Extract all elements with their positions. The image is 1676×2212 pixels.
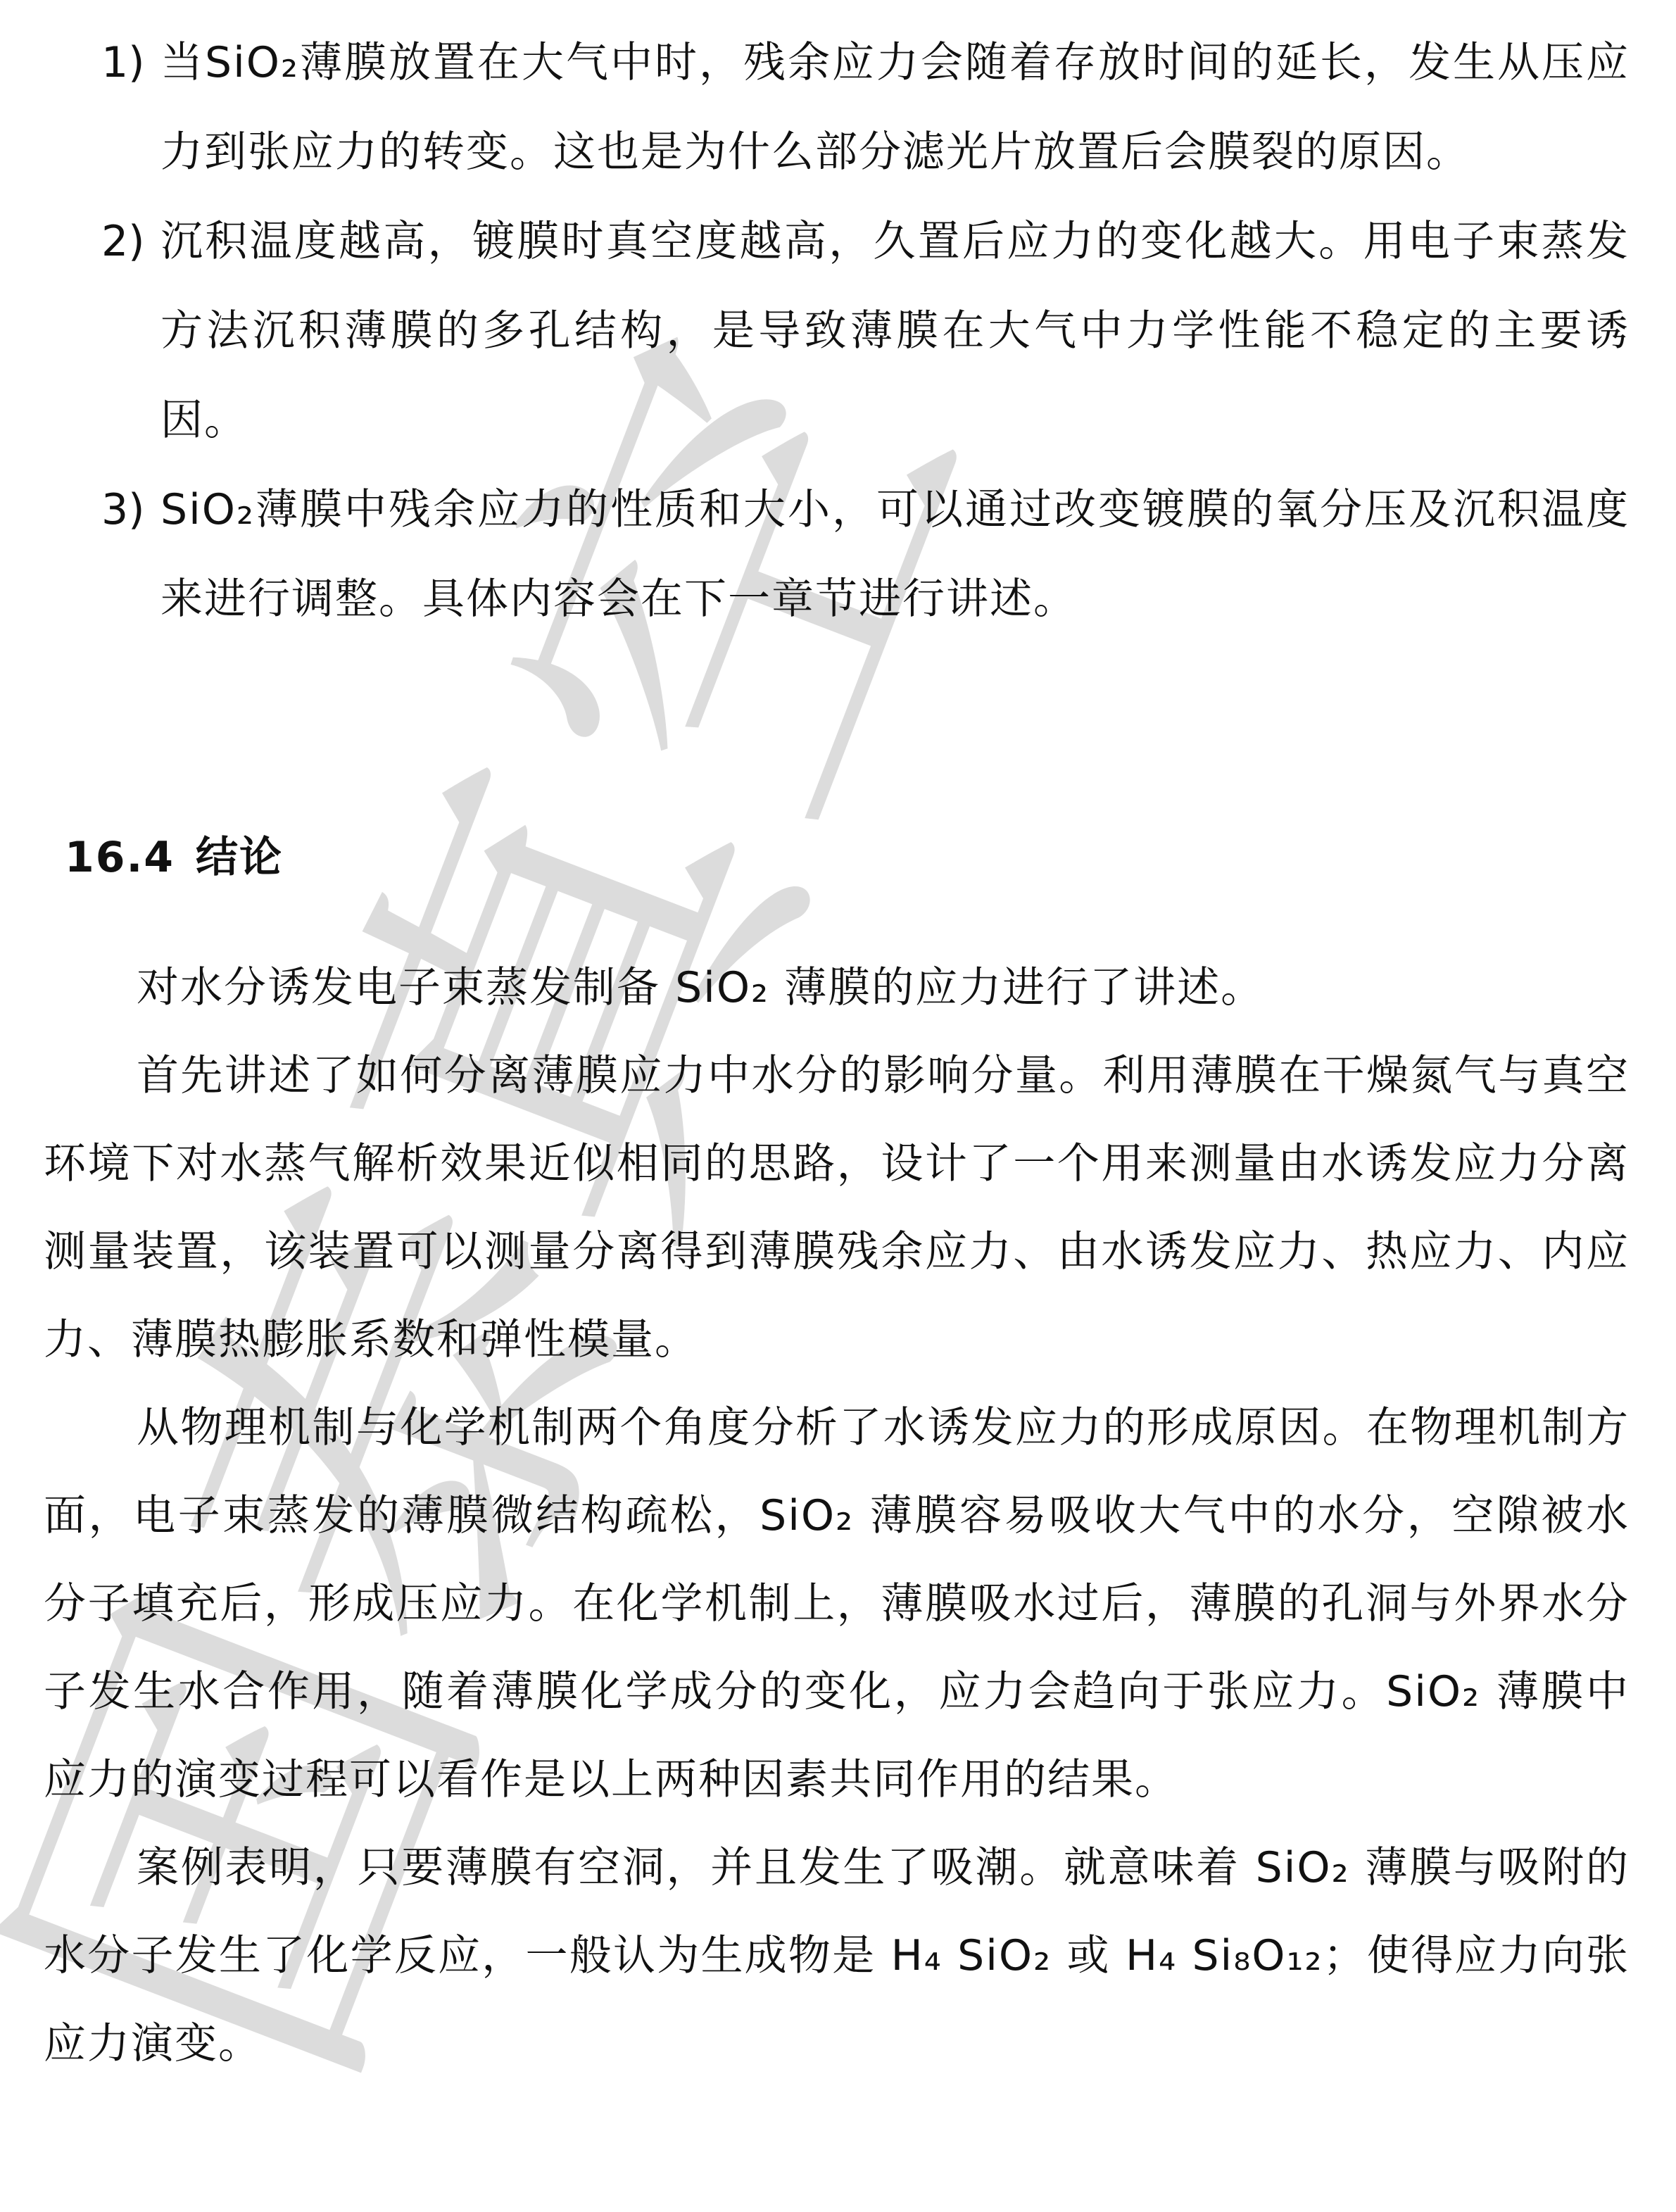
- page-content: 1) 当SiO₂薄膜放置在大气中时，残余应力会随着存放时间的延长，发生从压应力到…: [0, 0, 1676, 2088]
- list-item-2: 2) 沉积温度越高，镀膜时真空度越高，久置后应力的变化越大。用电子束蒸发方法沉积…: [44, 197, 1630, 465]
- list-item-3: 3) SiO₂薄膜中残余应力的性质和大小，可以通过改变镀膜的氧分压及沉积温度来进…: [44, 465, 1630, 644]
- paragraph-4: 案例表明，只要薄膜有空洞，并且发生了吸潮。就意味着 SiO₂ 薄膜与吸附的水分子…: [44, 1824, 1630, 2088]
- section-number: 16.4: [65, 831, 175, 884]
- list-item-2-text: 沉积温度越高，镀膜时真空度越高，久置后应力的变化越大。用电子束蒸发方法沉积薄膜的…: [160, 197, 1630, 465]
- list-item-3-text: SiO₂薄膜中残余应力的性质和大小，可以通过改变镀膜的氧分压及沉积温度来进行调整…: [160, 465, 1630, 644]
- paragraph-2: 首先讲述了如何分离薄膜应力中水分的影响分量。利用薄膜在干燥氮气与真空环境下对水蒸…: [44, 1032, 1630, 1384]
- paragraph-1: 对水分诱发电子束蒸发制备 SiO₂ 薄膜的应力进行了讲述。: [44, 944, 1630, 1032]
- list-item-1-marker: 1): [101, 18, 145, 108]
- list-item-2-marker: 2): [101, 197, 145, 287]
- list-item-1-text: 当SiO₂薄膜放置在大气中时，残余应力会随着存放时间的延长，发生从压应力到张应力…: [160, 18, 1630, 197]
- section-title: 结论: [196, 831, 283, 884]
- document-page: 国泰真空 1) 当SiO₂薄膜放置在大气中时，残余应力会随着存放时间的延长，发生…: [0, 0, 1676, 2212]
- numbered-list: 1) 当SiO₂薄膜放置在大气中时，残余应力会随着存放时间的延长，发生从压应力到…: [44, 18, 1630, 644]
- section-body: 对水分诱发电子束蒸发制备 SiO₂ 薄膜的应力进行了讲述。 首先讲述了如何分离薄…: [44, 944, 1630, 2088]
- paragraph-3: 从物理机制与化学机制两个角度分析了水诱发应力的形成原因。在物理机制方面，电子束蒸…: [44, 1384, 1630, 1824]
- list-item-3-marker: 3): [101, 465, 145, 555]
- section-heading: 16.4 结论: [65, 831, 1630, 884]
- list-item-1: 1) 当SiO₂薄膜放置在大气中时，残余应力会随着存放时间的延长，发生从压应力到…: [44, 18, 1630, 197]
